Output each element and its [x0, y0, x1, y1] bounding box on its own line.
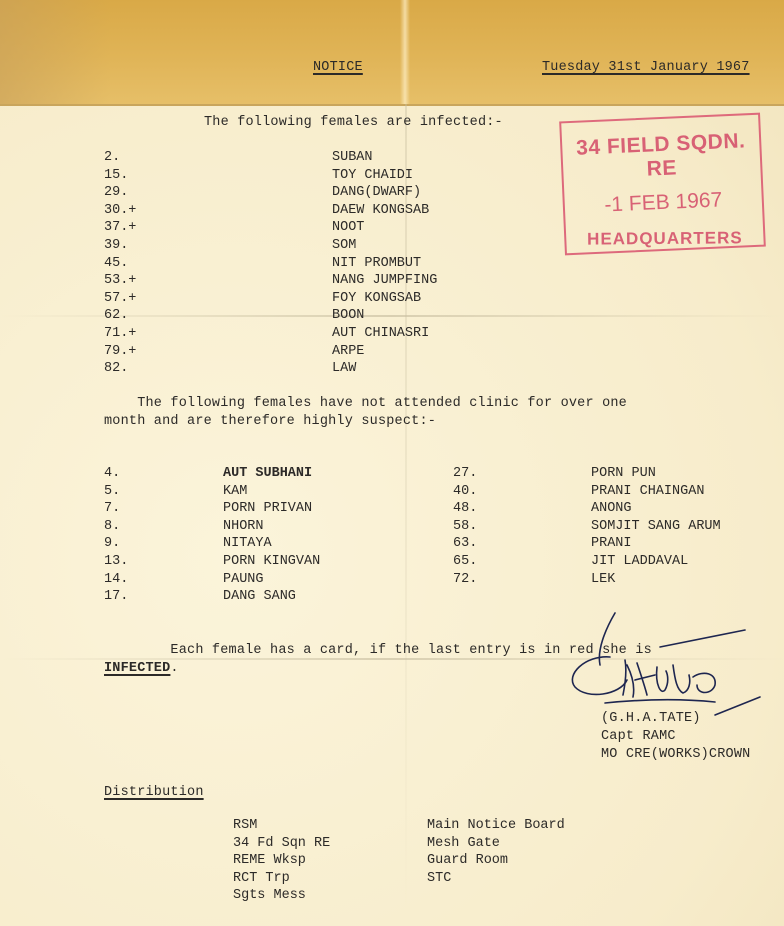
stamp-unit: 34 FIELD SQDN. RE — [562, 129, 761, 186]
list-item: 4.AUT SUBHANI — [104, 465, 434, 483]
list-item: Main Notice Board — [427, 817, 627, 835]
infected-intro: The following females are infected:- — [204, 114, 503, 132]
vertical-crease — [400, 0, 410, 104]
list-item: 63.PRANI — [453, 535, 773, 553]
list-item: 8.NHORN — [104, 518, 434, 536]
card-note-line2: INFECTED. — [104, 660, 179, 678]
distribution-list-right: Main Notice Board Mesh Gate Guard Room S… — [427, 817, 627, 887]
list-item: 53.+NANG JUMPFING — [104, 272, 504, 290]
list-item: Sgts Mess — [233, 887, 413, 905]
distribution-heading: Distribution — [104, 784, 204, 802]
list-item: 71.+AUT CHINASRI — [104, 325, 504, 343]
list-item: 57.+FOY KONGSAB — [104, 290, 504, 308]
list-item: STC — [427, 870, 627, 888]
list-item: 13.PORN KINGVAN — [104, 553, 434, 571]
list-item: 48.ANONG — [453, 500, 773, 518]
suspect-list-left: 4.AUT SUBHANI 5.KAM 7.PORN PRIVAN 8.NHOR… — [104, 465, 434, 606]
list-item: 72.LEK — [453, 571, 773, 589]
infected-list: 2.SUBAN 15.TOY CHAIDI 29.DANG(DWARF) 30.… — [104, 149, 504, 378]
signatory-rank: Capt RAMC — [601, 728, 676, 746]
list-item: 58.SOMJIT SANG ARUM — [453, 518, 773, 536]
list-item: 9.NITAYA — [104, 535, 434, 553]
notice-date: Tuesday 31st January 1967 — [542, 59, 750, 77]
suspect-intro-line1: The following females have not attended … — [104, 395, 627, 413]
list-item: 14.PAUNG — [104, 571, 434, 589]
list-item: 15.TOY CHAIDI — [104, 167, 504, 185]
headquarters-stamp: 34 FIELD SQDN. RE -1 FEB 1967 HEADQUARTE… — [559, 113, 766, 256]
signatory-role: MO CRE(WORKS)CROWN — [601, 746, 750, 764]
list-item: 17.DANG SANG — [104, 588, 434, 606]
list-item: 45.NIT PROMBUT — [104, 255, 504, 273]
list-item: RSM — [233, 817, 413, 835]
list-item: 30.+DAEW KONGSAB — [104, 202, 504, 220]
list-item: 65.JIT LADDAVAL — [453, 553, 773, 571]
list-item: RCT Trp — [233, 870, 413, 888]
list-item: 82.LAW — [104, 360, 504, 378]
distribution-list-left: RSM 34 Fd Sqn RE REME Wksp RCT Trp Sgts … — [233, 817, 413, 905]
list-item: 34 Fd Sqn RE — [233, 835, 413, 853]
list-item: 5.KAM — [104, 483, 434, 501]
list-item: Mesh Gate — [427, 835, 627, 853]
handwritten-signature — [565, 605, 775, 720]
list-item: 79.+ARPE — [104, 343, 504, 361]
document-page: NOTICE Tuesday 31st January 1967 34 FIEL… — [0, 0, 784, 926]
list-item: 40.PRANI CHAINGAN — [453, 483, 773, 501]
list-item: 39.SOM — [104, 237, 504, 255]
suspect-intro-line2: month and are therefore highly suspect:- — [104, 413, 436, 431]
list-item: 62.BOON — [104, 307, 504, 325]
notice-title: NOTICE — [313, 59, 363, 77]
folded-top-band — [0, 0, 784, 106]
list-item: 7.PORN PRIVAN — [104, 500, 434, 518]
signatory-name: (G.H.A.TATE) — [601, 710, 701, 728]
list-item: 2.SUBAN — [104, 149, 504, 167]
shadow — [0, 0, 110, 104]
list-item: Guard Room — [427, 852, 627, 870]
stamp-office: HEADQUARTERS — [566, 228, 763, 250]
list-item: REME Wksp — [233, 852, 413, 870]
infected-emphasis: INFECTED — [104, 661, 170, 676]
suspect-list-right: 27.PORN PUN 40.PRANI CHAINGAN 48.ANONG 5… — [453, 465, 773, 588]
list-item: 29.DANG(DWARF) — [104, 184, 504, 202]
list-item: 27.PORN PUN — [453, 465, 773, 483]
stamp-date: -1 FEB 1967 — [564, 187, 762, 220]
list-item: 37.+NOOT — [104, 219, 504, 237]
